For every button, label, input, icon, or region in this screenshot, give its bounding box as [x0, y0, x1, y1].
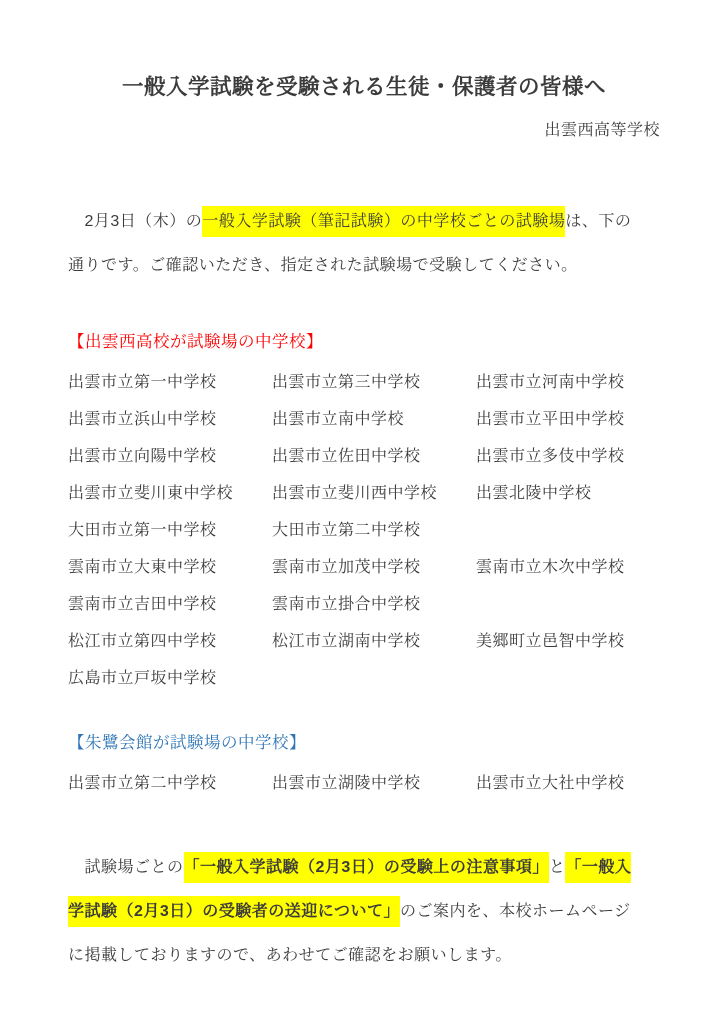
school-name: 出雲市立第三中学校	[272, 364, 476, 401]
intro-paragraph: 2月3日（木）の一般入学試験（筆記試験）の中学校ごとの試験場は、下の通りです。ご…	[68, 200, 660, 288]
school-row: 大田市立第一中学校大田市立第二中学校	[68, 512, 660, 549]
text-line: 2月3日（木）の一般入学試験（筆記試験）の中学校ごとの試験場は、下の	[68, 200, 660, 244]
school-name: 松江市立湖南中学校	[272, 623, 476, 660]
school-name: 雲南市立大東中学校	[68, 549, 272, 586]
text-line: 通りです。ご確認いただき、指定された試験場で受験してください。	[68, 244, 660, 288]
school-name: 出雲市立南中学校	[272, 401, 476, 438]
school-name	[476, 512, 660, 549]
school-name: 雲南市立掛合中学校	[272, 586, 476, 623]
school-row: 雲南市立吉田中学校雲南市立掛合中学校	[68, 586, 660, 623]
school-name: 出雲市立湖陵中学校	[272, 765, 476, 802]
school-name: 出雲市立浜山中学校	[68, 401, 272, 438]
highlighted-text: 「一般入	[565, 852, 631, 883]
school-row: 出雲市立第二中学校出雲市立湖陵中学校出雲市立大社中学校	[68, 765, 660, 802]
text-line: 試験場ごとの「一般入学試験（2月3日）の受験上の注意事項」と「一般入	[68, 846, 660, 890]
school-name: 雲南市立加茂中学校	[272, 549, 476, 586]
venue-toki-school-list: 出雲市立第二中学校出雲市立湖陵中学校出雲市立大社中学校	[68, 765, 660, 802]
school-row: 出雲市立第一中学校出雲市立第三中学校出雲市立河南中学校	[68, 364, 660, 401]
school-row: 出雲市立向陽中学校出雲市立佐田中学校出雲市立多伎中学校	[68, 438, 660, 475]
text-line: 学試験（2月3日）の受験者の送迎について」のご案内を、本校ホームページ	[68, 890, 660, 934]
issuer-school-name: 出雲西高等学校	[68, 117, 660, 140]
school-row: 雲南市立大東中学校雲南市立加茂中学校雲南市立木次中学校	[68, 549, 660, 586]
highlighted-text: 「一般入学試験（2月3日）の受験上の注意事項」	[184, 852, 549, 883]
text-segment: 試験場ごとの	[68, 859, 184, 876]
school-name: 出雲市立多伎中学校	[476, 438, 660, 475]
page-title: 一般入学試験を受験される生徒・保護者の皆様へ	[68, 70, 660, 101]
school-name: 出雲市立第一中学校	[68, 364, 272, 401]
text-segment: 2月3日（木）の	[68, 213, 202, 230]
highlighted-text: 一般入学試験（筆記試験）の中学校ごとの試験場	[202, 206, 565, 237]
school-row: 広島市立戸坂中学校	[68, 660, 660, 697]
school-name: 美郷町立邑智中学校	[476, 623, 660, 660]
text-segment: に掲載しておりますので、あわせてご確認をお願いします。	[68, 947, 512, 964]
school-name: 松江市立第四中学校	[68, 623, 272, 660]
school-row: 出雲市立浜山中学校出雲市立南中学校出雲市立平田中学校	[68, 401, 660, 438]
school-name: 出雲市立河南中学校	[476, 364, 660, 401]
school-name	[476, 660, 660, 697]
text-segment: は、下の	[565, 213, 631, 230]
school-name: 出雲市立斐川西中学校	[272, 475, 476, 512]
school-name	[476, 586, 660, 623]
school-name: 雲南市立吉田中学校	[68, 586, 272, 623]
venue-toki-heading: 【朱鷺会館が試験場の中学校】	[68, 729, 660, 753]
text-segment: 通りです。ご確認いただき、指定された試験場で受験してください。	[68, 257, 578, 274]
school-row: 出雲市立斐川東中学校出雲市立斐川西中学校出雲北陵中学校	[68, 475, 660, 512]
text-segment: のご案内を、本校ホームページ	[400, 903, 631, 920]
school-name: 出雲市立大社中学校	[476, 765, 660, 802]
school-name: 出雲市立第二中学校	[68, 765, 272, 802]
school-name: 広島市立戸坂中学校	[68, 660, 272, 697]
school-name: 出雲市立佐田中学校	[272, 438, 476, 475]
school-name	[272, 660, 476, 697]
highlighted-text: 学試験（2月3日）の受験者の送迎について」	[68, 896, 400, 927]
school-name: 雲南市立木次中学校	[476, 549, 660, 586]
notice-paragraph: 試験場ごとの「一般入学試験（2月3日）の受験上の注意事項」と「一般入学試験（2月…	[68, 846, 660, 978]
venue-west-heading: 【出雲西高校が試験場の中学校】	[68, 328, 660, 352]
school-name: 出雲市立斐川東中学校	[68, 475, 272, 512]
text-line: に掲載しておりますので、あわせてご確認をお願いします。	[68, 934, 660, 978]
text-segment: と	[549, 859, 566, 876]
school-name: 大田市立第二中学校	[272, 512, 476, 549]
school-row: 松江市立第四中学校松江市立湖南中学校美郷町立邑智中学校	[68, 623, 660, 660]
venue-west-school-list: 出雲市立第一中学校出雲市立第三中学校出雲市立河南中学校出雲市立浜山中学校出雲市立…	[68, 364, 660, 697]
school-name: 出雲市立平田中学校	[476, 401, 660, 438]
school-name: 大田市立第一中学校	[68, 512, 272, 549]
school-name: 出雲北陵中学校	[476, 475, 660, 512]
school-name: 出雲市立向陽中学校	[68, 438, 272, 475]
document-page: 一般入学試験を受験される生徒・保護者の皆様へ 出雲西高等学校 2月3日（木）の一…	[0, 0, 724, 1024]
